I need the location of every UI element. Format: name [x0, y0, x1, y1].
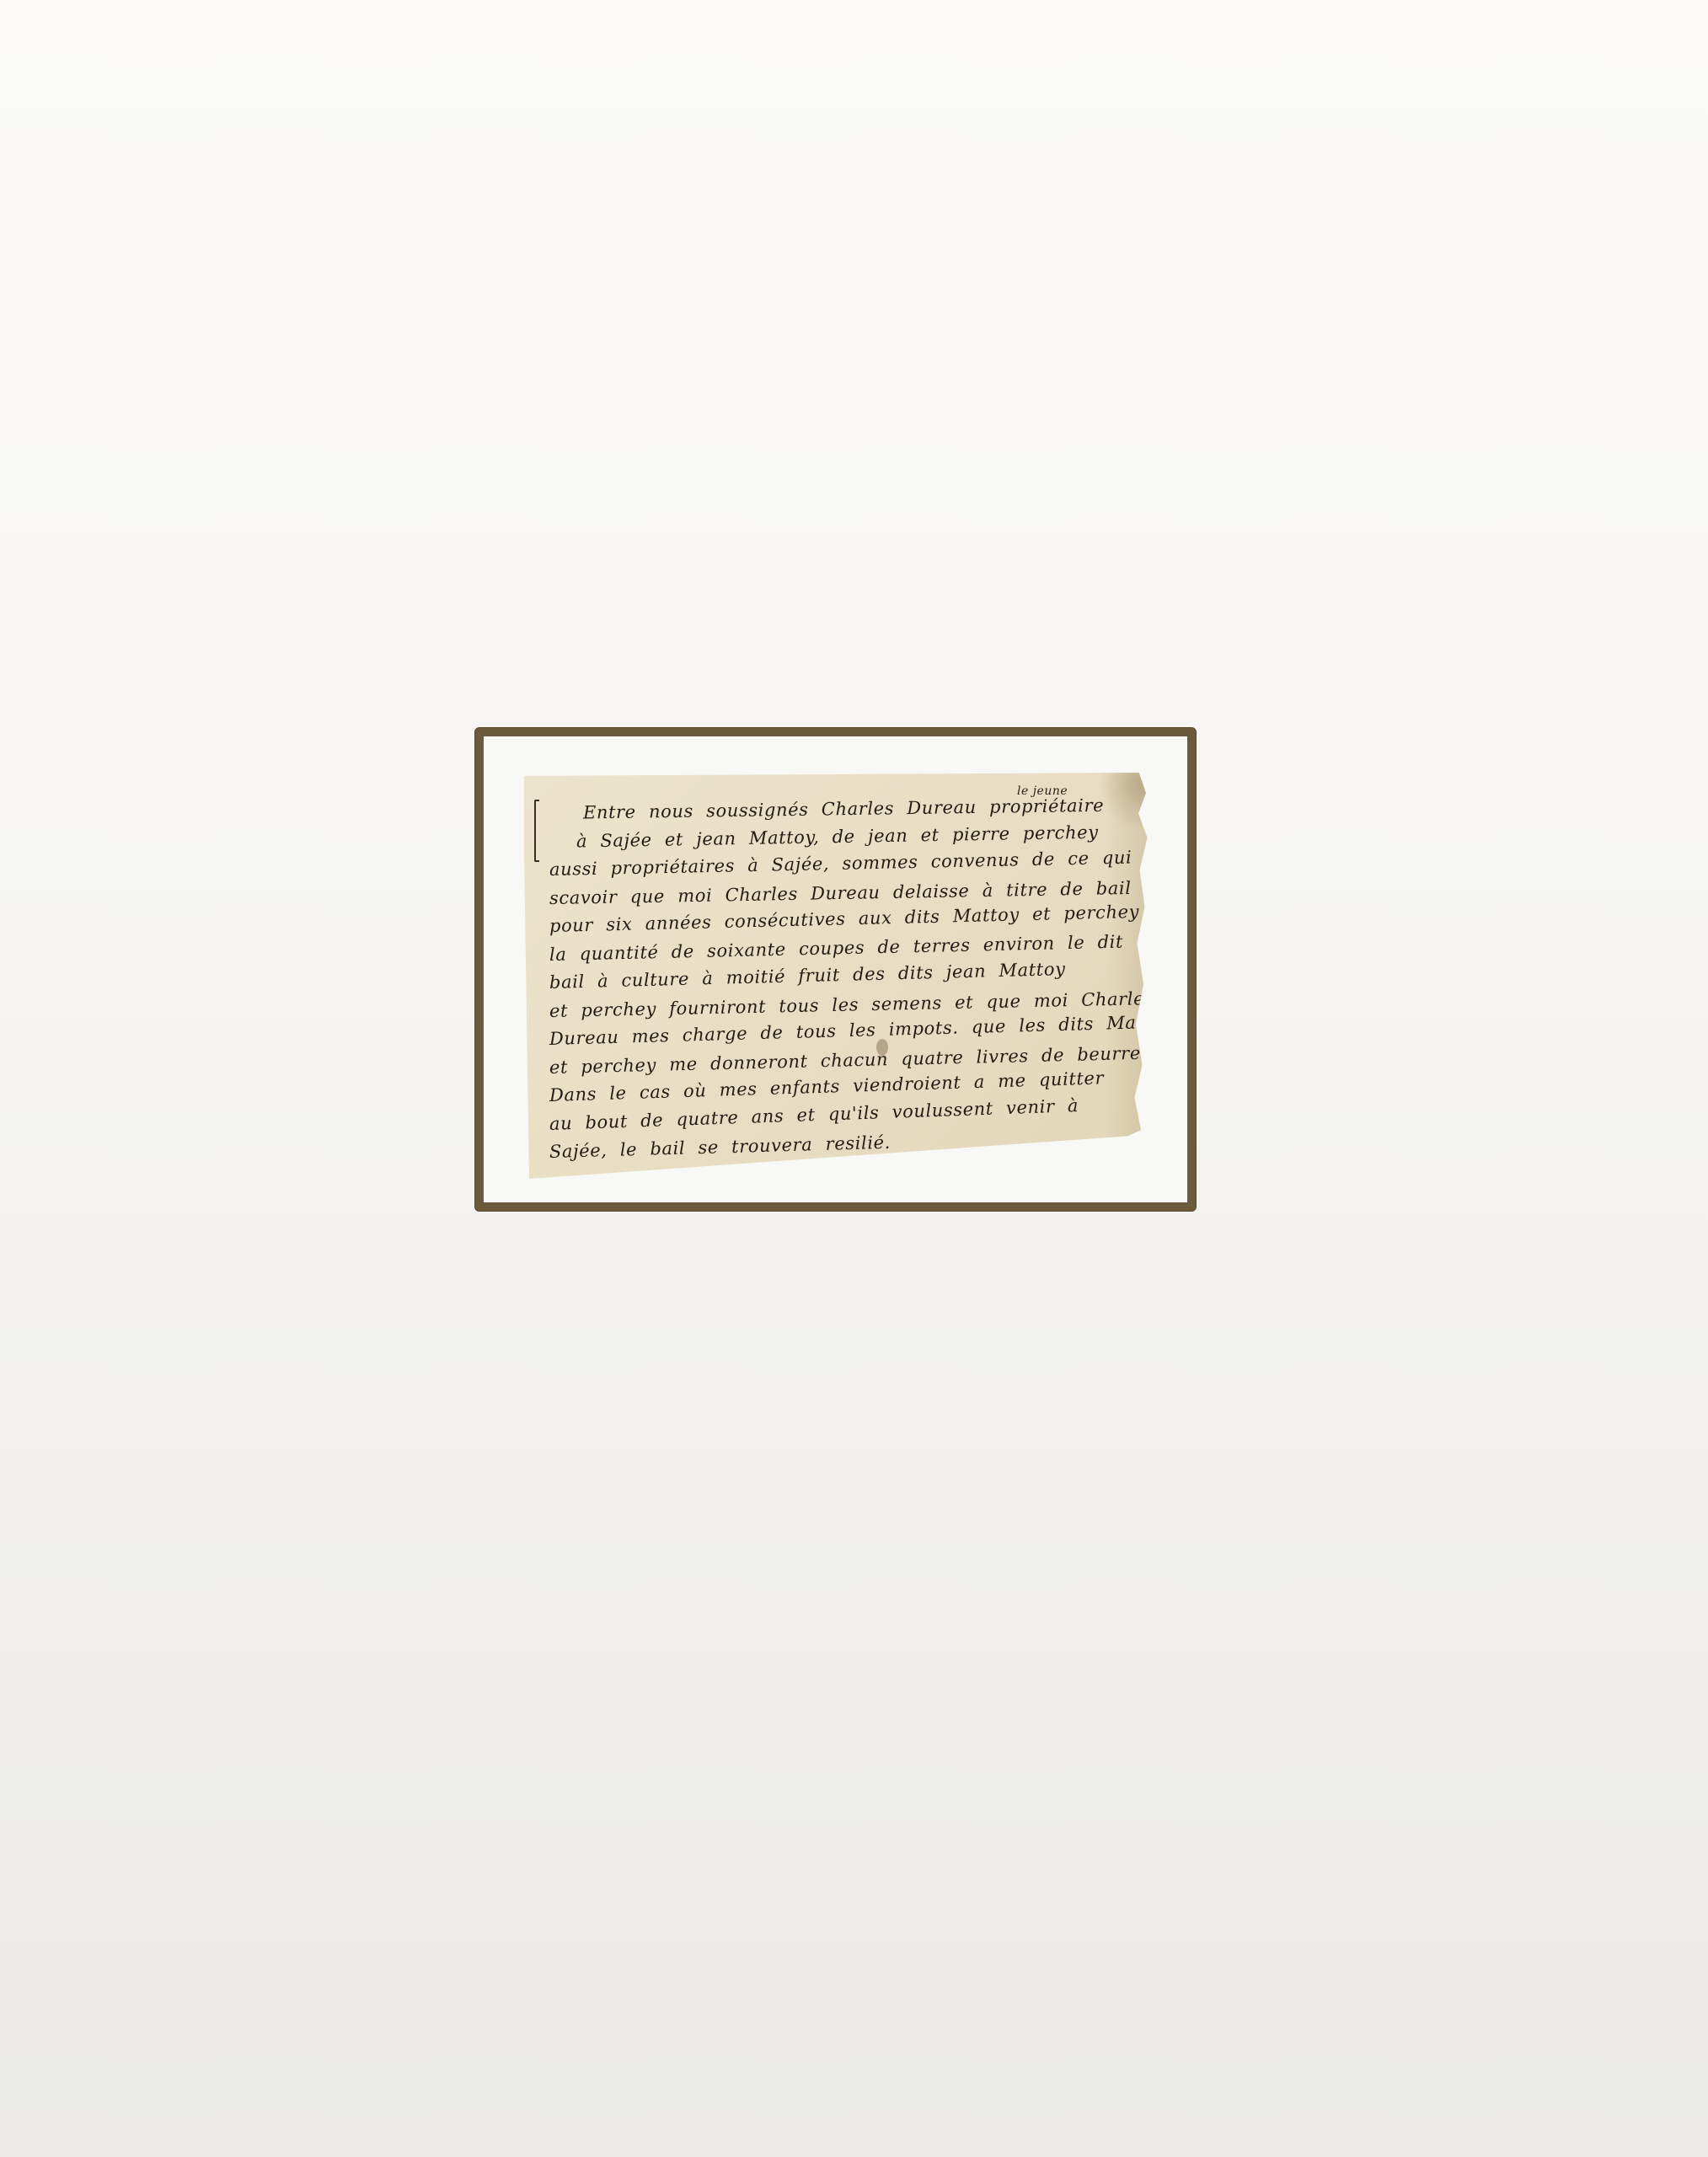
manuscript-text: le jeune Entre nous soussignés Charles D… [549, 784, 1139, 1167]
margin-bracket-mark [534, 800, 539, 862]
manuscript-paper: le jeune Entre nous soussignés Charles D… [524, 773, 1156, 1179]
